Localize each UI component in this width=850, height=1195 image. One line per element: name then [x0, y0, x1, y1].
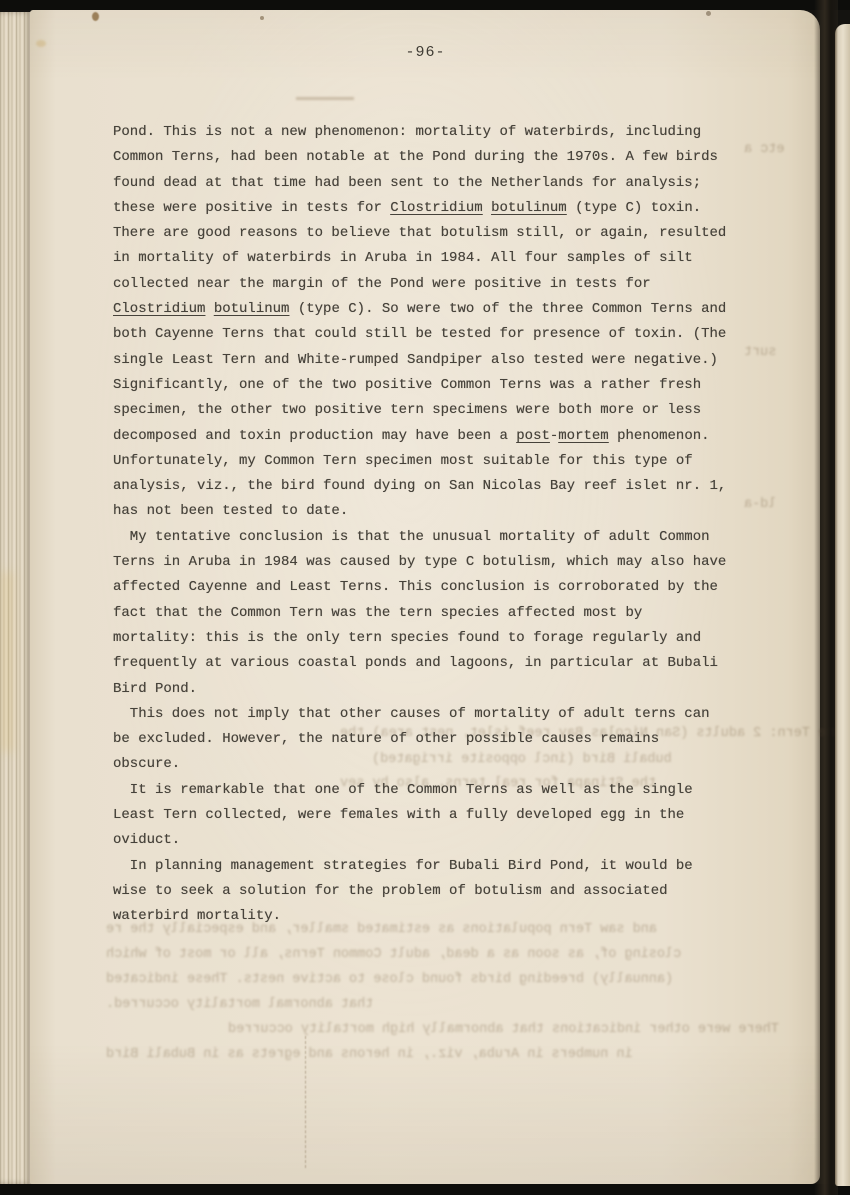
bleedthrough-line: There were other indications that abnorm… [228, 1022, 779, 1037]
bleedthrough-dash [296, 97, 354, 100]
text-line: There are good reasons to believe that b… [113, 221, 753, 246]
scanned-book-page: etc asurtld-aCayenne Tern: 2 adults (San… [0, 0, 850, 1195]
text-line: Common Terns, had been notable at the Po… [113, 145, 753, 170]
text-line: It is remarkable that one of the Common … [113, 778, 753, 803]
text-line: Pond. This is not a new phenomenon: mort… [113, 120, 753, 145]
bleedthrough-line: in numbers in Aruba, viz., in herons and… [106, 1047, 633, 1062]
paper-fold-line [305, 1036, 306, 1168]
text-line: Unfortunately, my Common Tern specimen m… [113, 449, 753, 474]
text-line: specimen, the other two positive tern sp… [113, 398, 753, 423]
text-line: collected near the margin of the Pond we… [113, 272, 753, 297]
bleedthrough-line: closing of, as soon as a dead, adult Com… [106, 947, 681, 962]
text-line: decomposed and toxin production may have… [113, 424, 753, 449]
book-page-edges-left [0, 12, 32, 1184]
bleedthrough-line: (annually) breeding birds found close to… [106, 972, 673, 987]
paper-stain [92, 12, 99, 21]
text-line: has not been tested to date. [113, 499, 753, 524]
text-line: In planning management strategies for Bu… [113, 854, 753, 879]
scan-border-bottom [0, 1184, 850, 1195]
text-line: analysis, viz., the bird found dying on … [113, 474, 753, 499]
text-line: oviduct. [113, 828, 753, 853]
paper-stain [260, 16, 264, 20]
text-line: obscure. [113, 752, 753, 777]
text-line: This does not imply that other causes of… [113, 702, 753, 727]
page-number: -96- [113, 44, 738, 61]
text-line: single Least Tern and White-rumped Sandp… [113, 348, 753, 373]
paper-stain [36, 40, 46, 47]
paper-stain [706, 11, 711, 16]
text-line: affected Cayenne and Least Terns. This c… [113, 575, 753, 600]
text-line: waterbird mortality. [113, 904, 753, 929]
text-line: mortality: this is the only tern species… [113, 626, 753, 651]
next-page-sliver [835, 24, 850, 1186]
body-lines: Pond. This is not a new phenomenon: mort… [113, 120, 753, 930]
text-line: Terns in Aruba in 1984 was caused by typ… [113, 550, 753, 575]
text-line: frequently at various coastal ponds and … [113, 651, 753, 676]
text-line: be excluded. However, the nature of othe… [113, 727, 753, 752]
text-line: wise to seek a solution for the problem … [113, 879, 753, 904]
page-edge-stain [0, 572, 14, 752]
text-line: My tentative conclusion is that the unus… [113, 525, 753, 550]
text-line: both Cayenne Terns that could still be t… [113, 322, 753, 347]
text-line: Significantly, one of the two positive C… [113, 373, 753, 398]
text-line: Least Tern collected, were females with … [113, 803, 753, 828]
text-line: in mortality of waterbirds in Aruba in 1… [113, 246, 753, 271]
bleedthrough-line: that abnormal mortality occurred. [106, 997, 373, 1012]
scan-border-top [0, 0, 850, 10]
text-line: these were positive in tests for Clostri… [113, 196, 753, 221]
text-line: fact that the Common Tern was the tern s… [113, 601, 753, 626]
text-line: found dead at that time had been sent to… [113, 171, 753, 196]
text-line: Bird Pond. [113, 677, 753, 702]
text-line: Clostridium botulinum (type C). So were … [113, 297, 753, 322]
